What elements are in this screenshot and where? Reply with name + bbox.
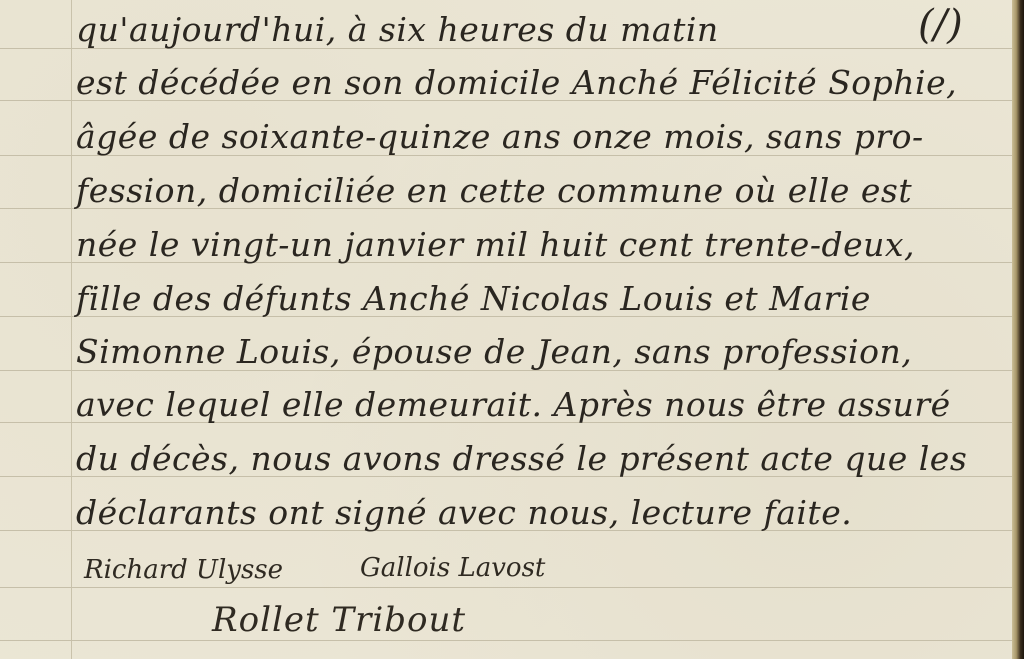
- margin-mark: (/): [918, 2, 963, 48]
- record-line-5: née le vingt-un janvier mil huit cent tr…: [76, 225, 915, 265]
- register-page: qu'aujourd'hui, à six heures du matin es…: [0, 0, 1012, 659]
- record-line-10: déclarants ont signé avec nous, lecture …: [76, 493, 852, 533]
- ruled-line: [0, 640, 1012, 641]
- record-line-7: Simonne Louis, épouse de Jean, sans prof…: [76, 332, 912, 372]
- signature-declarant-2: Gallois Lavost: [360, 553, 545, 583]
- signature-declarant-1: Richard Ulysse: [84, 555, 283, 585]
- book-binding-edge: [1012, 0, 1024, 659]
- record-line-2: est décédée en son domicile Anché Félici…: [76, 63, 957, 103]
- record-line-6: fille des défunts Anché Nicolas Louis et…: [76, 279, 871, 319]
- record-line-3: âgée de soixante-quinze ans onze mois, s…: [76, 117, 924, 157]
- record-line-4: fession, domiciliée en cette commune où …: [76, 171, 912, 211]
- record-line-8: avec lequel elle demeurait. Après nous ê…: [76, 385, 951, 425]
- signature-officer: Rollet Tribout: [212, 600, 466, 640]
- ruled-line: [0, 587, 1012, 588]
- record-line-1: qu'aujourd'hui, à six heures du matin: [76, 10, 719, 50]
- record-line-9: du décès, nous avons dressé le présent a…: [76, 439, 967, 479]
- margin-rule: [71, 0, 72, 659]
